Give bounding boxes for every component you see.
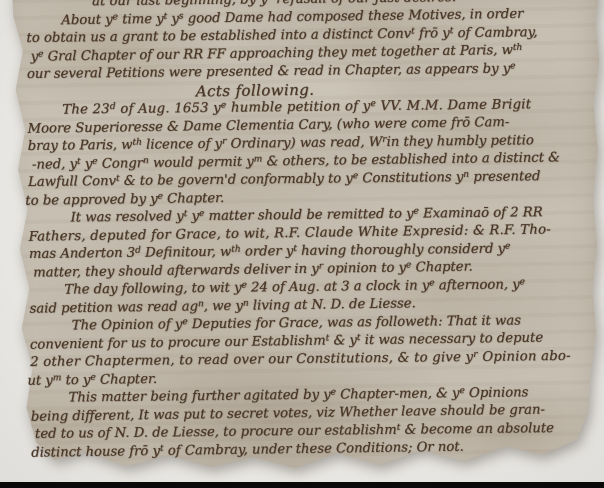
- manuscript-photo: at our last beginning, by yr refusall of…: [0, 0, 604, 488]
- photo-bottom-edge: [0, 482, 604, 488]
- manuscript-text: at our last beginning, by yr refusall of…: [26, 0, 597, 462]
